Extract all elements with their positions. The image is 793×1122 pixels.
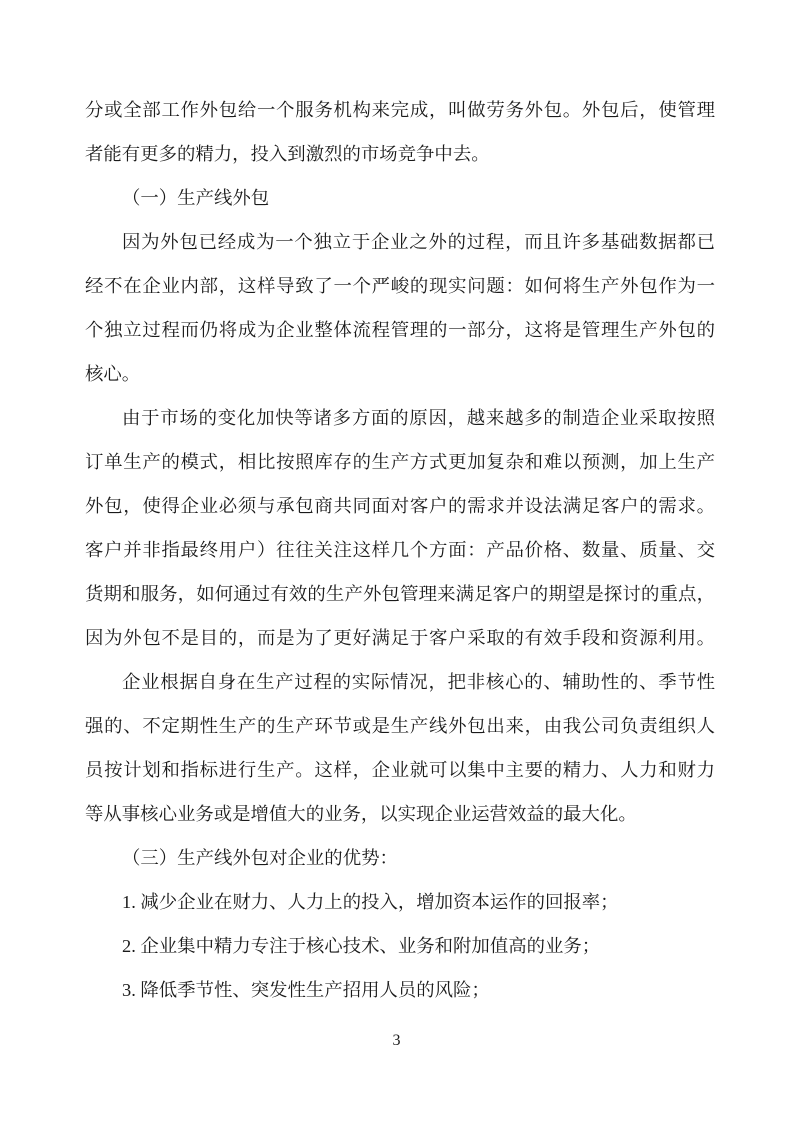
text-line: 3. 降低季节性、突发性生产招用人员的风险；: [85, 968, 715, 1012]
paragraph-body: 因为外包已经成为一个独立于企业之外的过程，而且许多基础数据都已经不在企业内部，这…: [85, 220, 715, 396]
text-line: 2. 企业集中精力专注于核心技术、业务和附加值高的业务；: [85, 924, 715, 968]
paragraph-list-item: 2. 企业集中精力专注于核心技术、业务和附加值高的业务；: [85, 924, 715, 968]
text-line: 个独立过程而仍将成为企业整体流程管理的一部分，这将是管理生产外包的: [85, 308, 715, 352]
paragraph-list-item: 3. 降低季节性、突发性生产招用人员的风险；: [85, 968, 715, 1012]
paragraph-body-continued: 分或全部工作外包给一个服务机构来完成，叫做劳务外包。外包后，使管理者能有更多的精…: [85, 88, 715, 176]
text-line: 分或全部工作外包给一个服务机构来完成，叫做劳务外包。外包后，使管理: [85, 88, 715, 132]
paragraph-list-item: 1. 减少企业在财力、人力上的投入，增加资本运作的回报率；: [85, 880, 715, 924]
page-number: 3: [393, 1032, 401, 1049]
text-line: 外包，使得企业必须与承包商共同面对客户的需求并设法满足客户的需求。: [85, 484, 715, 528]
text-line: 货期和服务，如何通过有效的生产外包管理来满足客户的期望是探讨的重点，: [85, 572, 715, 616]
text-line: 由于市场的变化加快等诸多方面的原因，越来越多的制造企业采取按照: [85, 396, 715, 440]
text-line: 因为外包已经成为一个独立于企业之外的过程，而且许多基础数据都已: [85, 220, 715, 264]
page-footer: 3: [0, 1021, 793, 1061]
text-line: 经不在企业内部，这样导致了一个严峻的现实问题：如何将生产外包作为一: [85, 264, 715, 308]
text-line: 客户并非指最终用户）往往关注这样几个方面：产品价格、数量、质量、交: [85, 528, 715, 572]
text-line: （一）生产线外包: [85, 176, 715, 220]
paragraph-heading: （三）生产线外包对企业的优势：: [85, 836, 715, 880]
document-page: 分或全部工作外包给一个服务机构来完成，叫做劳务外包。外包后，使管理者能有更多的精…: [0, 0, 793, 1122]
text-line: 1. 减少企业在财力、人力上的投入，增加资本运作的回报率；: [85, 880, 715, 924]
text-line: 员按计划和指标进行生产。这样，企业就可以集中主要的精力、人力和财力: [85, 748, 715, 792]
text-line: 者能有更多的精力，投入到激烈的市场竞争中去。: [85, 132, 715, 176]
text-line: 等从事核心业务或是增值大的业务，以实现企业运营效益的最大化。: [85, 792, 715, 836]
text-line: 强的、不定期性生产的生产环节或是生产线外包出来，由我公司负责组织人: [85, 704, 715, 748]
text-line: 企业根据自身在生产过程的实际情况，把非核心的、辅助性的、季节性: [85, 660, 715, 704]
paragraph-body: 企业根据自身在生产过程的实际情况，把非核心的、辅助性的、季节性强的、不定期性生产…: [85, 660, 715, 836]
paragraph-body: 由于市场的变化加快等诸多方面的原因，越来越多的制造企业采取按照订单生产的模式，相…: [85, 396, 715, 660]
text-line: 因为外包不是目的，而是为了更好满足于客户采取的有效手段和资源利用。: [85, 616, 715, 660]
document-body: 分或全部工作外包给一个服务机构来完成，叫做劳务外包。外包后，使管理者能有更多的精…: [85, 88, 715, 1012]
paragraph-heading: （一）生产线外包: [85, 176, 715, 220]
text-line: 核心。: [85, 352, 715, 396]
text-line: （三）生产线外包对企业的优势：: [85, 836, 715, 880]
text-line: 订单生产的模式，相比按照库存的生产方式更加复杂和难以预测，加上生产: [85, 440, 715, 484]
